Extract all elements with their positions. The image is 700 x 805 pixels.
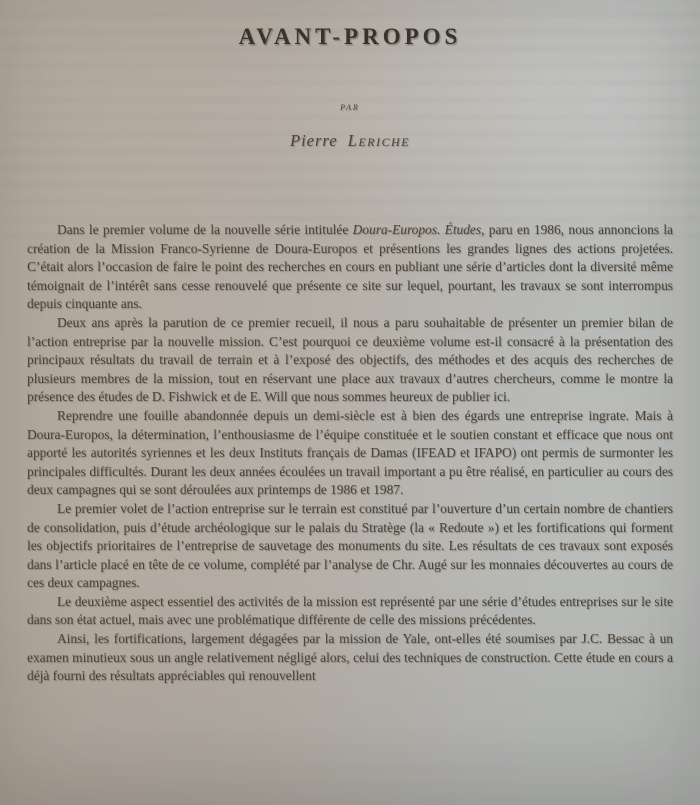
paragraph: Le deuxième aspect essentiel des activit… xyxy=(27,593,673,630)
text-segment: Reprendre une fouille abandonnée depuis … xyxy=(27,408,673,497)
book-page: AVANT-PROPOS par Pierre Leriche Dans le … xyxy=(0,0,700,805)
paragraph: Le premier volet de l’action entreprise … xyxy=(27,500,673,593)
author-name: Pierre Leriche xyxy=(0,131,700,151)
author-last-name: Leriche xyxy=(348,131,410,150)
italic-text-segment: Doura-Europos. Études xyxy=(353,222,481,237)
text-segment: Dans le premier volume de la nouvelle sé… xyxy=(57,222,353,237)
text-segment: Deux ans après la parution de ce premier… xyxy=(27,315,673,404)
page-title: AVANT-PROPOS xyxy=(0,24,700,50)
paragraph: Reprendre une fouille abandonnée depuis … xyxy=(27,407,673,500)
text-segment: Le deuxième aspect essentiel des activit… xyxy=(27,594,673,628)
text-segment: Ainsi, les fortifications, largement dég… xyxy=(27,631,673,683)
text-segment: Le premier volet de l’action entreprise … xyxy=(27,501,673,590)
byline: par xyxy=(0,99,700,114)
body-text: Dans le premier volume de la nouvelle sé… xyxy=(27,221,673,686)
paragraph: Ainsi, les fortifications, largement dég… xyxy=(27,630,673,686)
paragraph: Deux ans après la parution de ce premier… xyxy=(27,314,673,407)
author-first-name: Pierre xyxy=(290,131,338,150)
paragraph: Dans le premier volume de la nouvelle sé… xyxy=(27,221,673,314)
